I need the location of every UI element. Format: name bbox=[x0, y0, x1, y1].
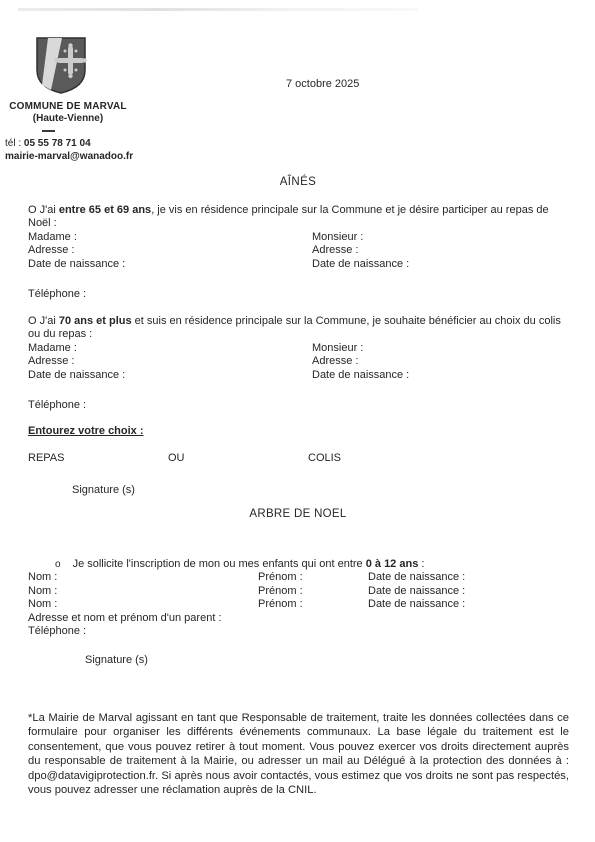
field-label-adresse: Adresse : bbox=[28, 355, 312, 369]
field-label-date-naissance: Date de naissance : bbox=[368, 598, 568, 612]
option-70-plus-bold: 70 ans et plus bbox=[59, 315, 132, 327]
field-label-prenom: Prénom : bbox=[258, 585, 368, 599]
phone-line: tél : 05 55 78 71 04 bbox=[5, 138, 177, 151]
field-label-nom: Nom : bbox=[28, 598, 258, 612]
children-intro-bold: 0 à 12 ans bbox=[366, 558, 419, 570]
option-65-69-pre: O J'ai bbox=[28, 204, 59, 216]
phone-label: tél : bbox=[5, 138, 24, 149]
field-label-date-naissance: Date de naissance : bbox=[28, 369, 312, 383]
field-label-date-naissance: Date de naissance : bbox=[312, 258, 568, 272]
commune-identity: COMMUNE DE MARVAL (Haute-Vienne) bbox=[5, 101, 131, 125]
field-label-prenom: Prénom : bbox=[258, 598, 368, 612]
field-label-telephone: Téléphone : bbox=[28, 625, 568, 639]
option-70-plus: O J'ai 70 ans et plus et suis en résiden… bbox=[28, 315, 568, 342]
header: COMMUNE DE MARVAL (Haute-Vienne) tél : 0… bbox=[5, 36, 177, 163]
form-body: AÎNÉS O J'ai entre 65 et 69 ans, je vis … bbox=[28, 172, 568, 667]
field-label-monsieur: Monsieur : bbox=[312, 231, 568, 245]
section-title-arbre-de-noel: ARBRE DE NOEL bbox=[28, 508, 568, 522]
field-label-nom: Nom : bbox=[28, 571, 258, 585]
option-65-69-bold: entre 65 et 69 ans bbox=[59, 204, 151, 216]
phone-number: 05 55 78 71 04 bbox=[24, 138, 91, 149]
rgpd-notice: *La Mairie de Marval agissant en tant qu… bbox=[28, 711, 569, 797]
choice-colis: COLIS bbox=[308, 452, 568, 466]
field-label-monsieur: Monsieur : bbox=[312, 342, 568, 356]
field-label-nom: Nom : bbox=[28, 585, 258, 599]
fields-block-65-69: Madame : Monsieur : Adresse : Adresse : … bbox=[28, 231, 568, 272]
choice-options: REPAS OU COLIS bbox=[28, 452, 568, 466]
document-page: COMMUNE DE MARVAL (Haute-Vienne) tél : 0… bbox=[0, 0, 595, 842]
children-intro-pre: Je sollicite l'inscription de mon ou mes… bbox=[73, 558, 366, 570]
field-label-adresse: Adresse : bbox=[312, 355, 568, 369]
field-label-date-naissance: Date de naissance : bbox=[368, 571, 568, 585]
email-address: mairie-marval@wanadoo.fr bbox=[5, 151, 177, 164]
document-date: 7 octobre 2025 bbox=[286, 78, 359, 92]
section-title-aines: AÎNÉS bbox=[28, 176, 568, 190]
signature-label: Signature (s) bbox=[28, 654, 568, 668]
child-row: Nom : Prénom : Date de naissance : bbox=[28, 585, 568, 599]
signature-label: Signature (s) bbox=[28, 484, 568, 498]
field-label-adresse-parent: Adresse et nom et prénom d'un parent : bbox=[28, 612, 568, 626]
field-label-madame: Madame : bbox=[28, 342, 312, 356]
children-intro-post: : bbox=[418, 558, 424, 570]
option-65-69: O J'ai entre 65 et 69 ans, je vis en rés… bbox=[28, 204, 568, 231]
field-label-telephone: Téléphone : bbox=[28, 399, 568, 413]
scan-artifact bbox=[18, 8, 418, 11]
choice-heading: Entourez votre choix : bbox=[28, 425, 568, 439]
child-row: Nom : Prénom : Date de naissance : bbox=[28, 571, 568, 585]
children-registration-intro: oJe sollicite l'inscription de mon ou me… bbox=[28, 558, 568, 572]
commune-department: (Haute-Vienne) bbox=[5, 113, 131, 125]
field-label-madame: Madame : bbox=[28, 231, 312, 245]
field-label-date-naissance: Date de naissance : bbox=[368, 585, 568, 599]
separator-dash bbox=[42, 130, 55, 132]
field-label-adresse: Adresse : bbox=[312, 244, 568, 258]
commune-name: COMMUNE DE MARVAL bbox=[5, 101, 131, 113]
field-label-date-naissance: Date de naissance : bbox=[312, 369, 568, 383]
option-70-plus-pre: O J'ai bbox=[28, 315, 59, 327]
field-label-prenom: Prénom : bbox=[258, 571, 368, 585]
field-label-adresse: Adresse : bbox=[28, 244, 312, 258]
commune-crest-icon bbox=[34, 36, 88, 94]
choice-ou: OU bbox=[168, 452, 308, 466]
child-row: Nom : Prénom : Date de naissance : bbox=[28, 598, 568, 612]
field-label-date-naissance: Date de naissance : bbox=[28, 258, 312, 272]
choice-repas: REPAS bbox=[28, 452, 168, 466]
fields-block-70-plus: Madame : Monsieur : Adresse : Adresse : … bbox=[28, 342, 568, 383]
bullet-marker: o bbox=[28, 558, 61, 572]
field-label-telephone: Téléphone : bbox=[28, 288, 568, 302]
